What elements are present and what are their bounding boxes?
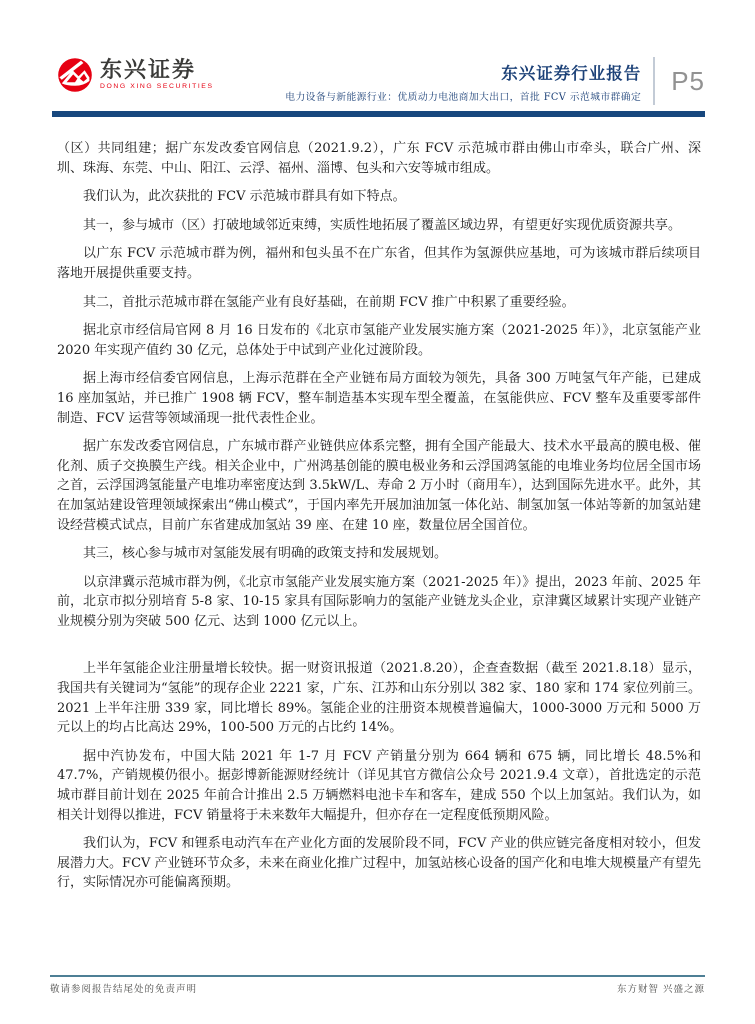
- body-paragraph: 据中汽协发布，中国大陆 2021 年 1-7 月 FCV 产销量分别为 664 …: [57, 747, 701, 825]
- footer-slogan: 东方财智 兴盛之源: [617, 981, 705, 995]
- brand-text: 东兴证券 DONG XING SECURITIES: [100, 59, 214, 91]
- body-paragraph: 其三，核心参与城市对氢能发展有明确的政策支持和发展规划。: [57, 544, 701, 564]
- body-paragraph: 上半年氢能企业注册量增长较快。据一财资讯报道（2021.8.20），企查查数据（…: [57, 659, 701, 737]
- body-paragraph: 以广东 FCV 示范城市群为例，福州和包头虽不在广东省，但其作为氢源供应基地，可…: [57, 244, 701, 283]
- body-paragraph: 据上海市经信委官网信息，上海示范群在全产业链布局方面较为领先，具备 300 万吨…: [57, 369, 701, 428]
- brand-logo: 东兴证券 DONG XING SECURITIES: [57, 57, 214, 93]
- body-paragraph: 我们认为，FCV 和锂系电动汽车在产业化方面的发展阶段不同，FCV 产业的供应链…: [57, 834, 701, 893]
- body-paragraphs: （区）共同组建；据广东发改委官网信息（2021.9.2），广东 FCV 示范城市…: [57, 139, 701, 902]
- body-paragraph: （区）共同组建；据广东发改委官网信息（2021.9.2），广东 FCV 示范城市…: [57, 139, 701, 178]
- header-right: 东兴证券行业报告 电力设备与新能源行业：优质动力电池商加大出口，首批 FCV 示…: [285, 57, 705, 105]
- header-vertical-divider: [653, 57, 655, 105]
- footer-disclaimer: 敬请参阅报告结尾处的免责声明: [50, 981, 197, 995]
- brand-name-cn: 东兴证券: [100, 59, 214, 81]
- report-page: 东兴证券 DONG XING SECURITIES 东兴证券行业报告 电力设备与…: [0, 0, 755, 1024]
- body-paragraph: 我们认为，此次获批的 FCV 示范城市群具有如下特点。: [57, 187, 701, 207]
- page-number: P5: [671, 57, 705, 105]
- report-titles: 东兴证券行业报告 电力设备与新能源行业：优质动力电池商加大出口，首批 FCV 示…: [285, 60, 641, 103]
- report-title: 东兴证券行业报告: [285, 60, 641, 84]
- report-subtitle: 电力设备与新能源行业：优质动力电池商加大出口，首批 FCV 示范城市群确定: [285, 89, 641, 103]
- body-paragraph: 以京津冀示范城市群为例，《北京市氢能产业发展实施方案（2021-2025 年）》…: [57, 573, 701, 632]
- brand-name-en: DONG XING SECURITIES: [100, 84, 214, 91]
- body-paragraph: 据广东发改委官网信息，广东城市群产业链供应体系完整，拥有全国产能最大、技术水平最…: [57, 437, 701, 535]
- page-header: 东兴证券 DONG XING SECURITIES 东兴证券行业报告 电力设备与…: [57, 57, 705, 105]
- body-paragraph: 其一，参与城市（区）打破地域邻近束缚，实质性地拓展了覆盖区域边界，有望更好实现优…: [57, 216, 701, 236]
- page-footer: 敬请参阅报告结尾处的免责声明 东方财智 兴盛之源: [50, 975, 705, 995]
- dongxing-logo-icon: [57, 57, 93, 93]
- body-paragraph: 其二，首批示范城市群在氢能产业有良好基础，在前期 FCV 推广中积累了重要经验。: [57, 293, 701, 313]
- header-divider-bar: [52, 111, 705, 117]
- body-paragraph: 据北京市经信局官网 8 月 16 日发布的《北京市氢能产业发展实施方案（2021…: [57, 321, 701, 360]
